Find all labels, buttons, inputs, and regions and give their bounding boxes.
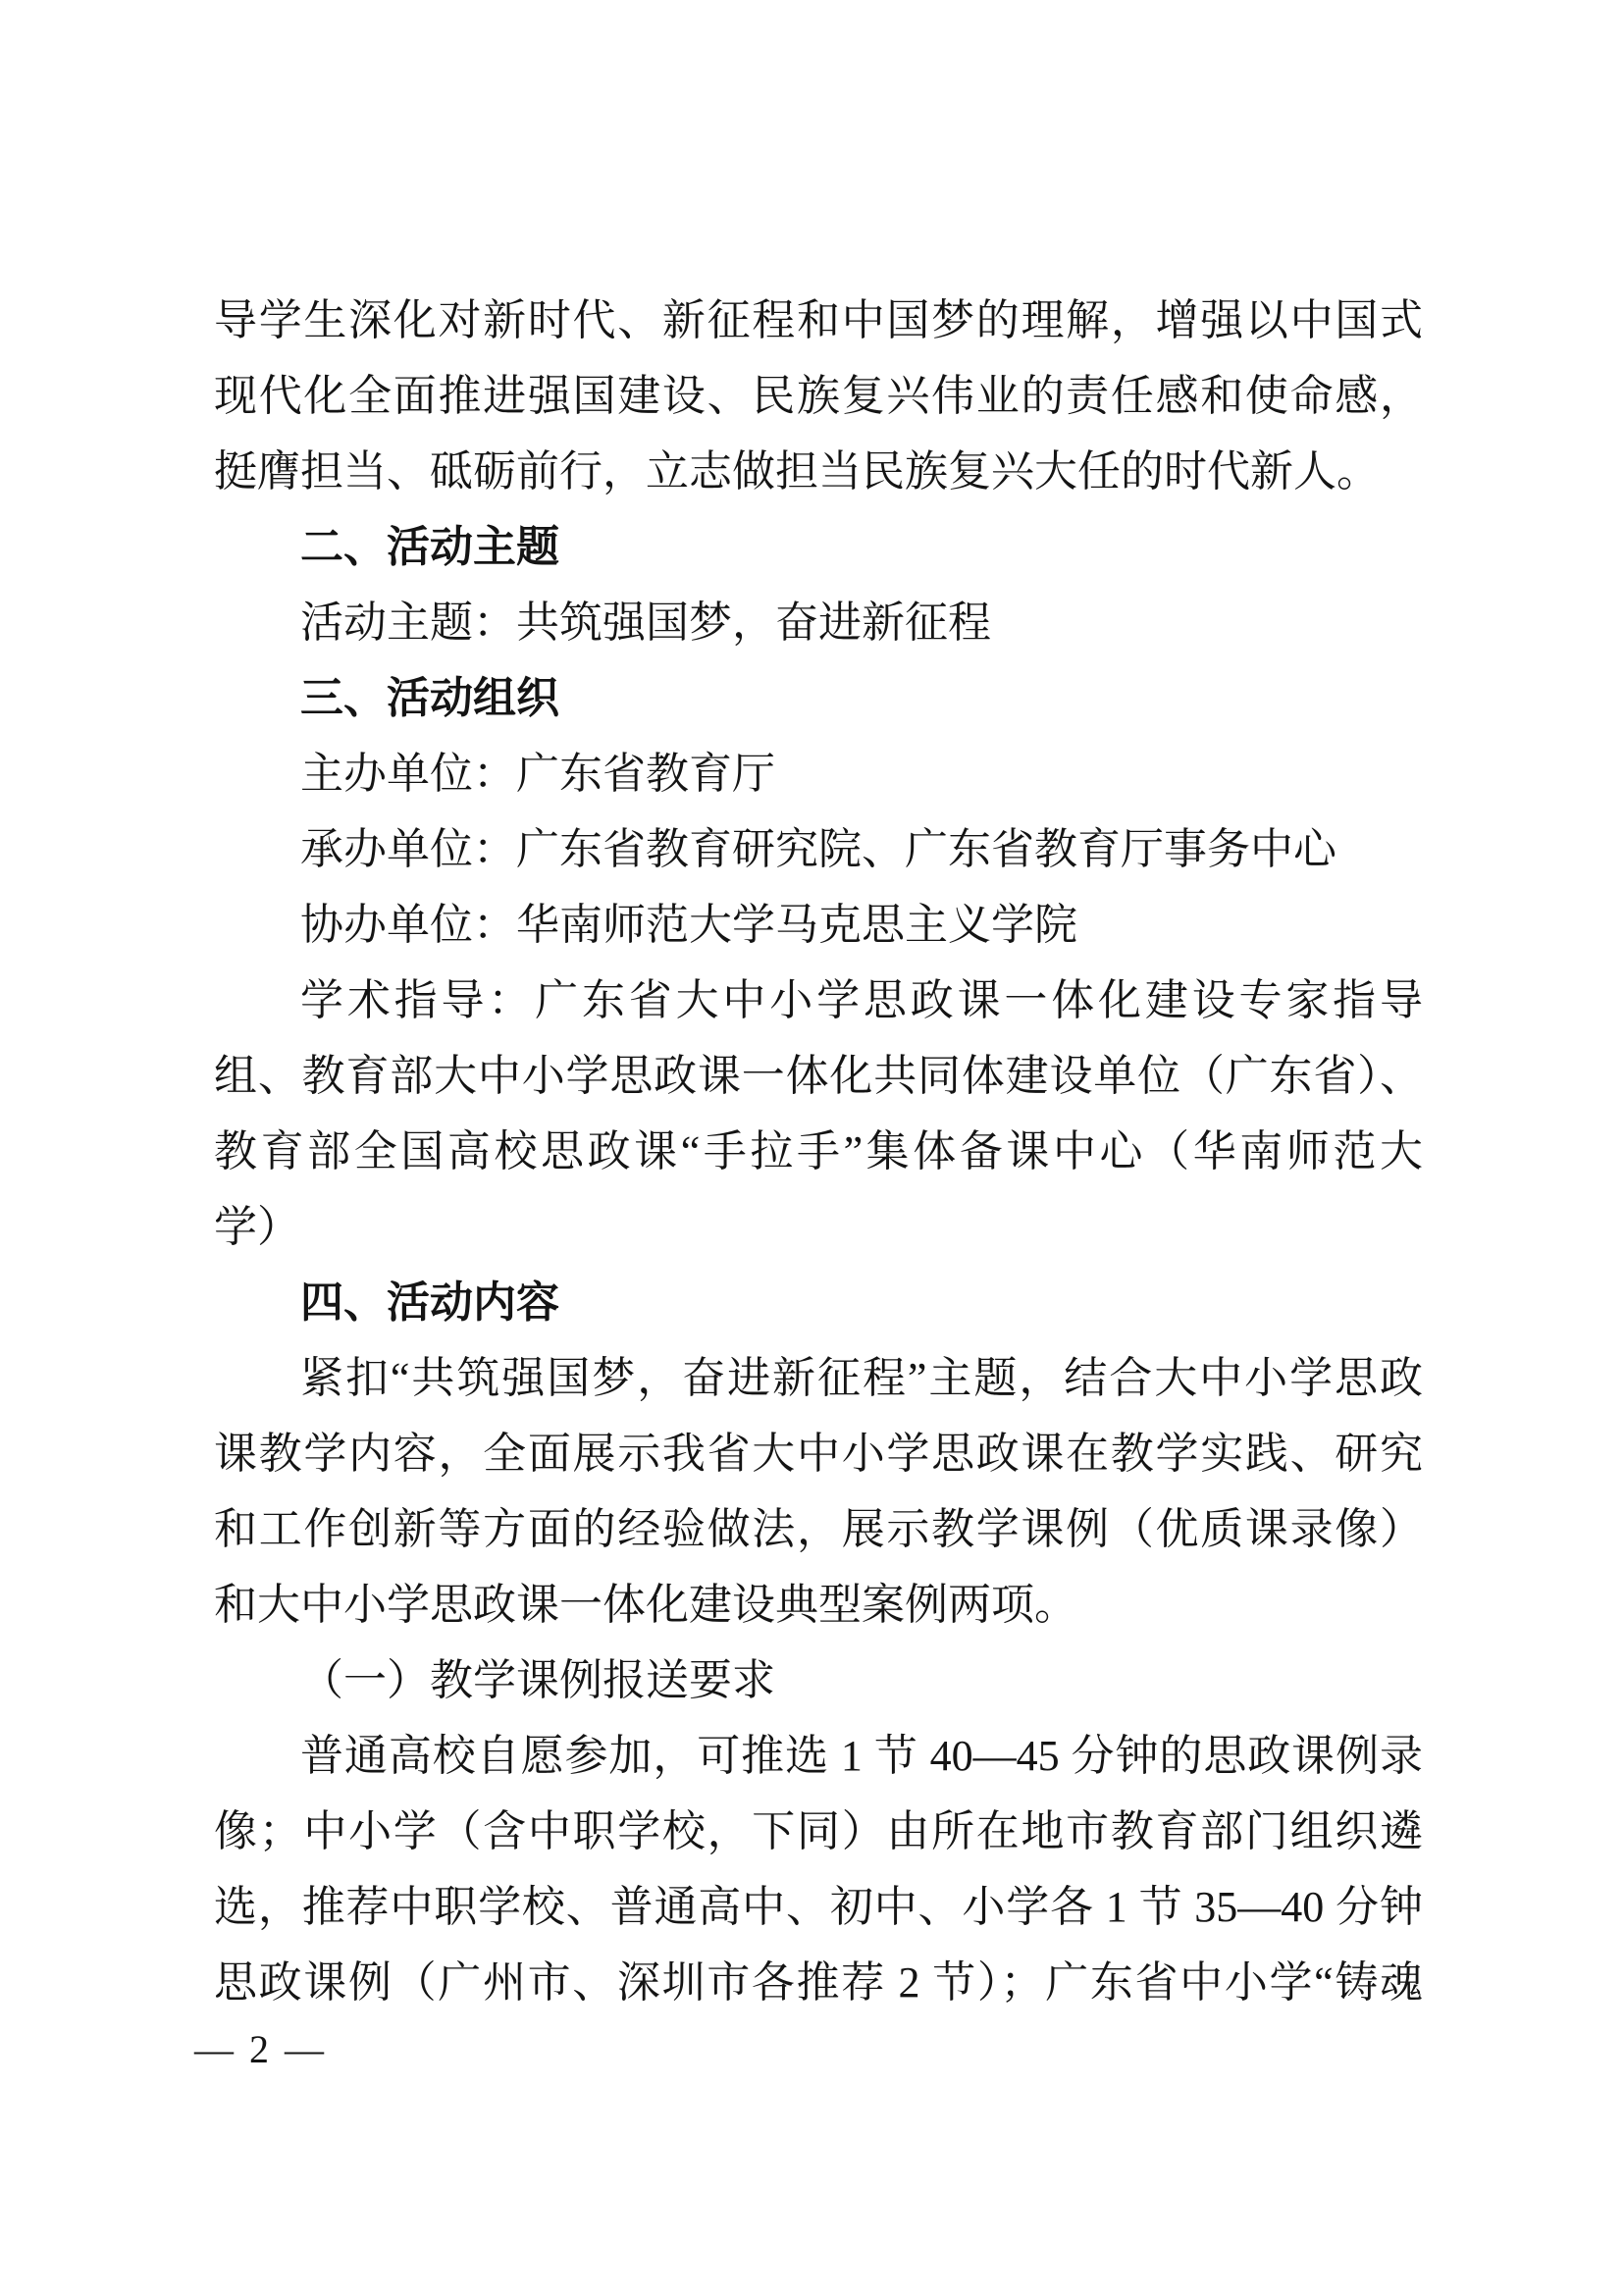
paragraph: 普通高校自愿参加，可推选 1 节 40—45 分钟的思政课例录像；中小学（含中职… xyxy=(214,1718,1423,2020)
text-line: 组、教育部大中小学思政课一体化共同体建设单位（广东省）、 xyxy=(214,1038,1423,1114)
text-line: 承办单位：广东省教育研究院、广东省教育厅事务中心 xyxy=(214,811,1423,887)
paragraph: 协办单位：华南师范大学马克思主义学院 xyxy=(214,887,1423,963)
text-line: 普通高校自愿参加，可推选 1 节 40—45 分钟的思政课例录 xyxy=(214,1718,1423,1794)
document-page: 导学生深化对新时代、新征程和中国梦的理解，增强以中国式现代化全面推进强国建设、民… xyxy=(0,0,1624,2295)
text-line: 挺膺担当、砥砺前行，立志做担当民族复兴大任的时代新人。 xyxy=(214,434,1423,509)
text-line: 教育部全国高校思政课“手拉手”集体备课中心（华南师范大 xyxy=(214,1114,1423,1189)
paragraph: 主办单位：广东省教育厅 xyxy=(214,736,1423,811)
text-line: 导学生深化对新时代、新征程和中国梦的理解，增强以中国式 xyxy=(214,283,1423,358)
sub-heading: （一）教学课例报送要求 xyxy=(214,1643,1423,1718)
text-line: 思政课例（广州市、深圳市各推荐 2 节）；广东省中小学“铸魂 xyxy=(214,1945,1423,2020)
text-line: 紧扣“共筑强国梦，奋进新征程”主题，结合大中小学思政 xyxy=(214,1340,1423,1416)
section-heading: 二、活动主题 xyxy=(214,509,1423,585)
section-heading: 四、活动内容 xyxy=(214,1265,1423,1340)
text-line: 四、活动内容 xyxy=(214,1265,1423,1340)
paragraph: 承办单位：广东省教育研究院、广东省教育厅事务中心 xyxy=(214,811,1423,887)
section-heading: 三、活动组织 xyxy=(214,660,1423,736)
paragraph: 活动主题：共筑强国梦，奋进新征程 xyxy=(214,585,1423,660)
paragraph: 导学生深化对新时代、新征程和中国梦的理解，增强以中国式现代化全面推进强国建设、民… xyxy=(214,283,1423,509)
text-line: 和工作创新等方面的经验做法，展示教学课例（优质课录像） xyxy=(214,1491,1423,1567)
text-line: 和大中小学思政课一体化建设典型案例两项。 xyxy=(214,1567,1423,1643)
text-line: 学） xyxy=(214,1189,1423,1265)
paragraph: 紧扣“共筑强国梦，奋进新征程”主题，结合大中小学思政课教学内容，全面展示我省大中… xyxy=(214,1340,1423,1643)
text-line: 活动主题：共筑强国梦，奋进新征程 xyxy=(214,585,1423,660)
text-line: 主办单位：广东省教育厅 xyxy=(214,736,1423,811)
text-line: 协办单位：华南师范大学马克思主义学院 xyxy=(214,887,1423,963)
text-line: 学术指导：广东省大中小学思政课一体化建设专家指导 xyxy=(214,963,1423,1038)
text-line: 课教学内容，全面展示我省大中小学思政课在教学实践、研究 xyxy=(214,1416,1423,1491)
paragraph: 学术指导：广东省大中小学思政课一体化建设专家指导组、教育部大中小学思政课一体化共… xyxy=(214,963,1423,1265)
text-line: 二、活动主题 xyxy=(214,509,1423,585)
page-number: — 2 — xyxy=(194,2027,327,2072)
text-line: 选，推荐中职学校、普通高中、初中、小学各 1 节 35—40 分钟 xyxy=(214,1869,1423,1945)
text-line: 现代化全面推进强国建设、民族复兴伟业的责任感和使命感， xyxy=(214,358,1423,434)
document-body: 导学生深化对新时代、新征程和中国梦的理解，增强以中国式现代化全面推进强国建设、民… xyxy=(214,283,1423,2020)
text-line: （一）教学课例报送要求 xyxy=(214,1643,1423,1718)
text-line: 像；中小学（含中职学校，下同）由所在地市教育部门组织遴 xyxy=(214,1794,1423,1869)
text-line: 三、活动组织 xyxy=(214,660,1423,736)
